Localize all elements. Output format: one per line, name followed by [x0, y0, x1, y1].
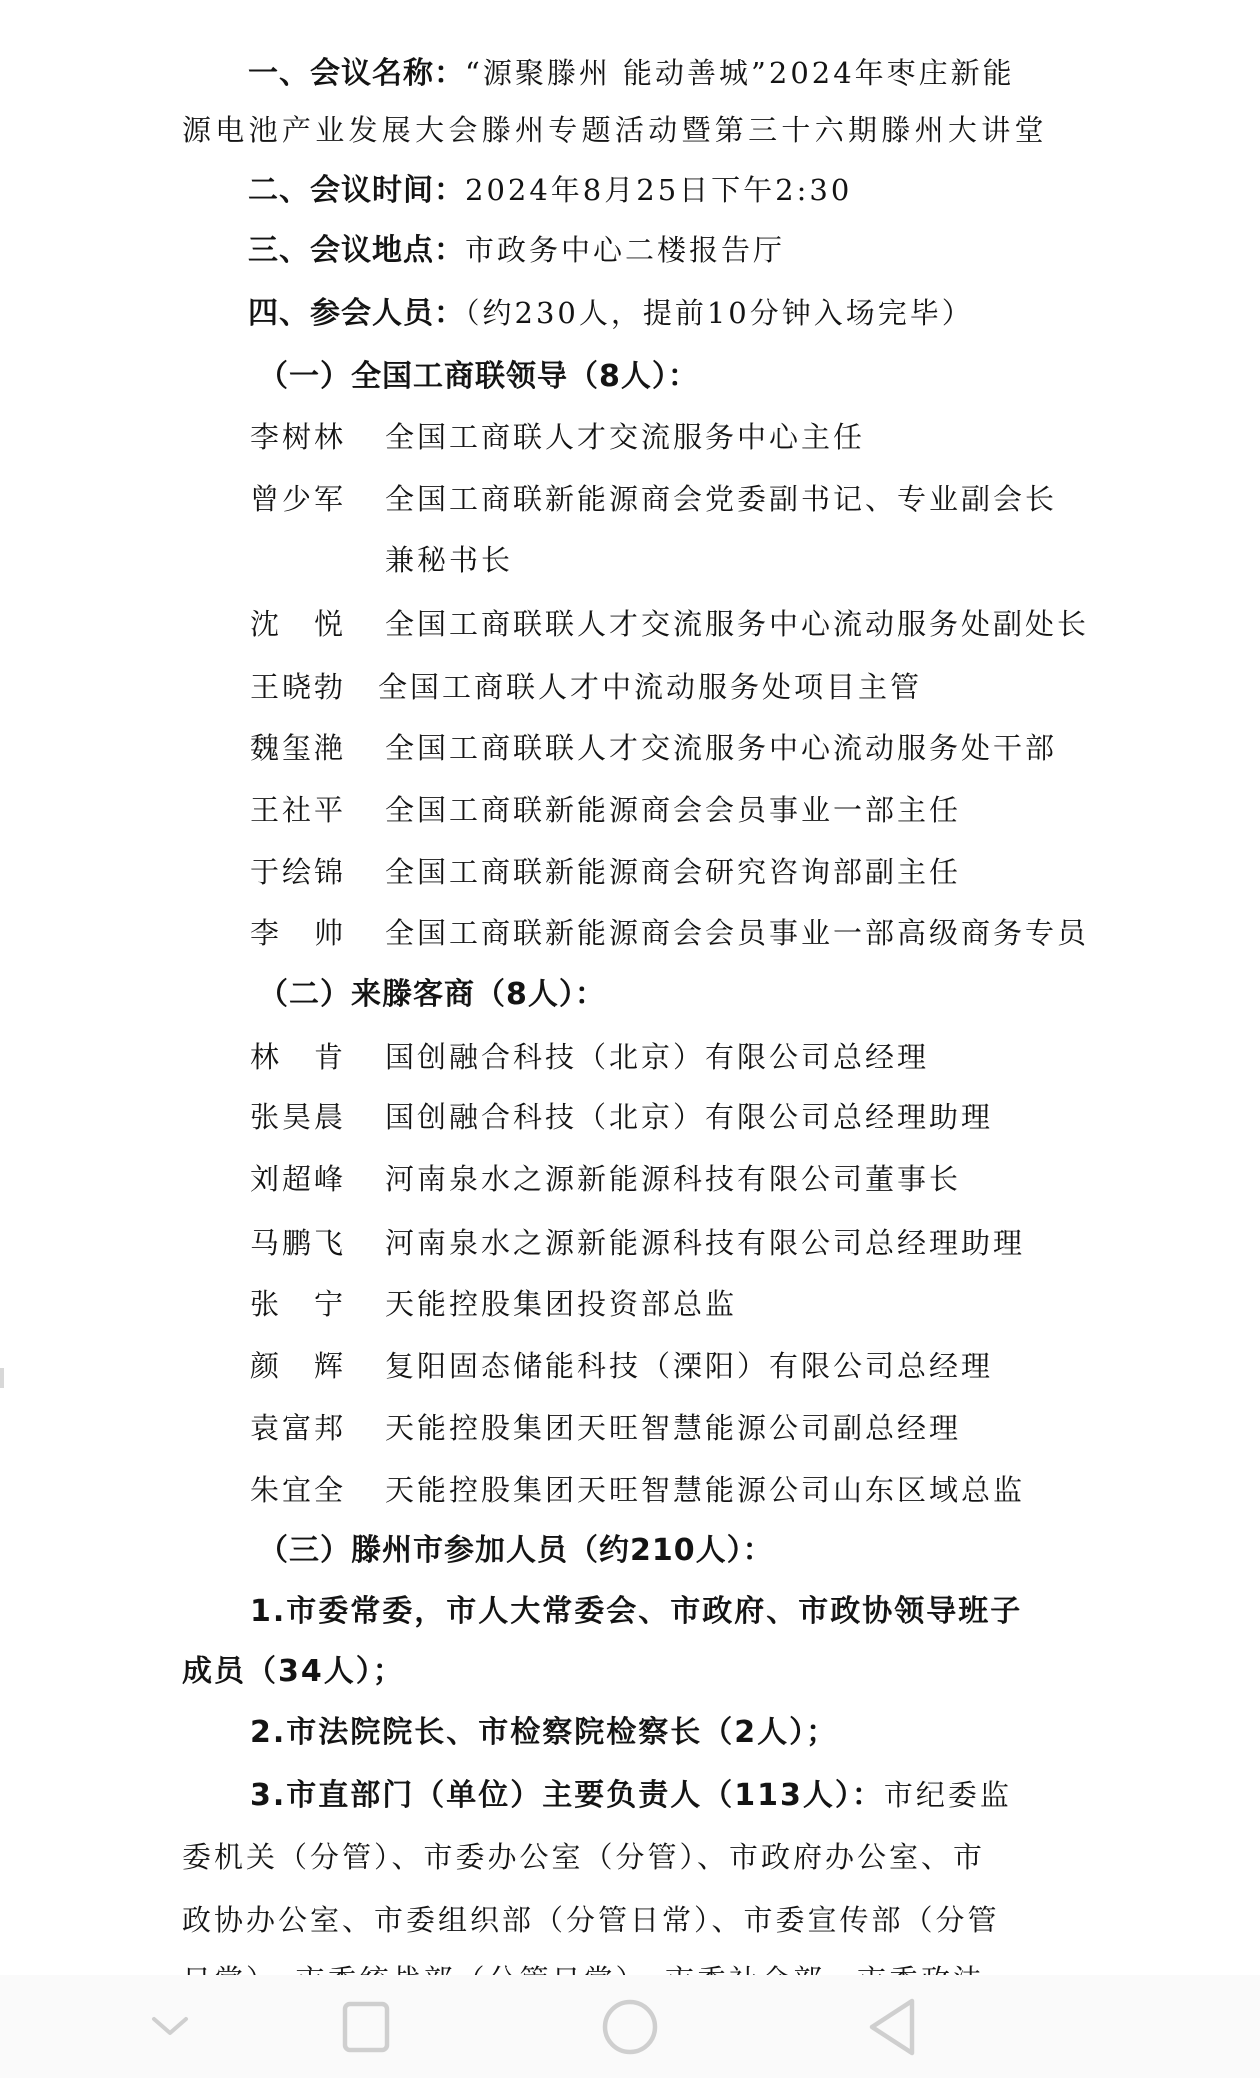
meeting-time-value: 2024年8月25日下午2:30: [465, 173, 852, 207]
person-name: 袁富邦: [250, 1406, 380, 1450]
person-row: 张昊晨 国创融合科技（北京）有限公司总经理助理: [0, 1095, 1260, 1139]
section-attendees: 四、参会人员：（约230人，提前10分钟入场完毕）: [248, 291, 974, 335]
person-name: 王社平: [250, 788, 380, 832]
person-name: 李树林: [250, 415, 380, 459]
attendees-label: 四、参会人员：: [248, 296, 465, 331]
attendees-note: （约230人，提前10分钟入场完毕）: [465, 296, 974, 330]
group3-item2: 2.市法院院长、市检察院检察长（2人）；: [250, 1711, 838, 1755]
person-row: 刘超峰 河南泉水之源新能源科技有限公司董事长: [0, 1157, 1260, 1201]
person-title: 全国工商联联人才交流服务中心流动服务处副处长: [385, 602, 1089, 646]
person-row: 曾少军 全国工商联新能源商会党委副书记、专业副会长: [0, 477, 1260, 521]
person-row: 李 帅 全国工商联新能源商会会员事业一部高级商务专员: [0, 911, 1260, 955]
person-name: 刘超峰: [250, 1157, 380, 1201]
person-row: 袁富邦 天能控股集团天旺智慧能源公司副总经理: [0, 1406, 1260, 1450]
person-title: 全国工商联人才中流动服务处项目主管: [378, 665, 922, 709]
section-meeting-name: 一、会议名称：“源聚滕州 能动善城”2024年枣庄新能: [248, 51, 1015, 95]
person-row: 魏玺滟 全国工商联联人才交流服务中心流动服务处干部: [0, 726, 1260, 770]
group3-item3-cont: 政协办公室、市委组织部（分管日常）、市委宣传部（分管: [182, 1898, 1000, 1942]
person-row: 林 肯 国创融合科技（北京）有限公司总经理: [0, 1035, 1260, 1079]
group3-item1: 1.市委常委，市人大常委会、市政府、市政协领导班子: [250, 1590, 1022, 1634]
person-title: 全国工商联人才交流服务中心主任: [385, 415, 865, 459]
person-title: 全国工商联新能源商会研究咨询部副主任: [385, 850, 961, 894]
person-row: 沈 悦 全国工商联联人才交流服务中心流动服务处副处长: [0, 602, 1260, 646]
person-title: 全国工商联新能源商会会员事业一部主任: [385, 788, 961, 832]
group3-item3-text: 市纪委监: [884, 1778, 1012, 1812]
person-row: 李树林 全国工商联人才交流服务中心主任: [0, 415, 1260, 459]
person-row: 颜 辉 复阳固态储能科技（溧阳）有限公司总经理: [0, 1344, 1260, 1388]
person-name: 张 宁: [250, 1282, 380, 1326]
group3-item3: 3.市直部门（单位）主要负责人（113人）：市纪委监: [250, 1773, 1012, 1817]
group3-heading: （三）滕州市参加人员（约210人）：: [258, 1529, 774, 1573]
section-meeting-time: 二、会议时间：2024年8月25日下午2:30: [248, 168, 852, 212]
person-title: 国创融合科技（北京）有限公司总经理: [385, 1035, 929, 1079]
system-navigation-bar: [0, 1975, 1260, 2078]
group3-item3-cont: 委机关（分管）、市委办公室（分管）、市政府办公室、市: [182, 1835, 985, 1879]
person-title: 天能控股集团天旺智慧能源公司副总经理: [385, 1406, 961, 1450]
person-title: 天能控股集团投资部总监: [385, 1282, 737, 1326]
person-name: 沈 悦: [250, 602, 380, 646]
home-button[interactable]: [570, 1975, 690, 2078]
person-name: 李 帅: [250, 911, 380, 955]
scroll-edge-indicator: [0, 1368, 4, 1388]
group3-item3-label: 3.市直部门（单位）主要负责人（113人）：: [250, 1778, 884, 1813]
document-page: 一、会议名称：“源聚滕州 能动善城”2024年枣庄新能 源电池产业发展大会滕州专…: [0, 0, 1260, 1975]
person-title: 全国工商联联人才交流服务中心流动服务处干部: [385, 726, 1057, 770]
group1-heading: （一）全国工商联领导（8人）：: [258, 355, 699, 399]
person-row: 朱宜全 天能控股集团天旺智慧能源公司山东区域总监: [0, 1468, 1260, 1512]
section-meeting-place: 三、会议地点：市政务中心二楼报告厅: [248, 228, 785, 272]
person-name: 曾少军: [250, 477, 380, 521]
person-title: 国创融合科技（北京）有限公司总经理助理: [385, 1095, 993, 1139]
person-row: 张 宁 天能控股集团投资部总监: [0, 1282, 1260, 1326]
meeting-place-label: 三、会议地点：: [248, 233, 465, 268]
person-title: 全国工商联新能源商会党委副书记、专业副会长: [385, 477, 1057, 521]
person-row: 王社平 全国工商联新能源商会会员事业一部主任: [0, 788, 1260, 832]
hide-navbar-button[interactable]: [110, 1975, 230, 2078]
person-name: 朱宜全: [250, 1468, 380, 1512]
meeting-time-label: 二、会议时间：: [248, 173, 465, 208]
person-name: 王晓勃: [250, 665, 380, 709]
person-row: 王晓勃 全国工商联人才中流动服务处项目主管: [0, 665, 1260, 709]
person-title-continuation: 兼秘书长: [0, 538, 1260, 582]
person-row: 于绘锦 全国工商联新能源商会研究咨询部副主任: [0, 850, 1260, 894]
home-circle-icon: [600, 1997, 660, 2057]
person-title: 复阳固态储能科技（溧阳）有限公司总经理: [385, 1344, 993, 1388]
person-title: 兼秘书长: [385, 538, 513, 582]
recents-square-icon: [340, 2001, 392, 2053]
back-triangle-icon: [864, 1997, 920, 2057]
person-row: 马鹏飞 河南泉水之源新能源科技有限公司总经理助理: [0, 1221, 1260, 1265]
person-title: 全国工商联新能源商会会员事业一部高级商务专员: [385, 911, 1089, 955]
group3-item3-cont: 日常）、市委统战部（分管日常）、市委社会部、市委政法: [182, 1958, 985, 1975]
meeting-name-label: 一、会议名称：: [248, 56, 465, 91]
person-name: 林 肯: [250, 1035, 380, 1079]
person-title: 天能控股集团天旺智慧能源公司山东区域总监: [385, 1468, 1025, 1512]
person-name: 于绘锦: [250, 850, 380, 894]
person-name: 张昊晨: [250, 1095, 380, 1139]
back-button[interactable]: [832, 1975, 952, 2078]
person-name: 颜 辉: [250, 1344, 380, 1388]
meeting-name-text: “源聚滕州 能动善城”2024年枣庄新能: [465, 56, 1015, 90]
person-title: 河南泉水之源新能源科技有限公司董事长: [385, 1157, 961, 1201]
person-title: 河南泉水之源新能源科技有限公司总经理助理: [385, 1221, 1025, 1265]
person-name: 马鹏飞: [250, 1221, 380, 1265]
chevron-down-icon: [150, 2015, 190, 2039]
meeting-place-value: 市政务中心二楼报告厅: [465, 233, 785, 267]
person-name: 魏玺滟: [250, 726, 380, 770]
group2-heading: （二）来滕客商（8人）：: [258, 973, 606, 1017]
recents-button[interactable]: [306, 1975, 426, 2078]
group3-item1-cont: 成员（34人）；: [182, 1650, 405, 1694]
meeting-name-text-cont: 源电池产业发展大会滕州专题活动暨第三十六期滕州大讲堂: [182, 108, 1048, 152]
